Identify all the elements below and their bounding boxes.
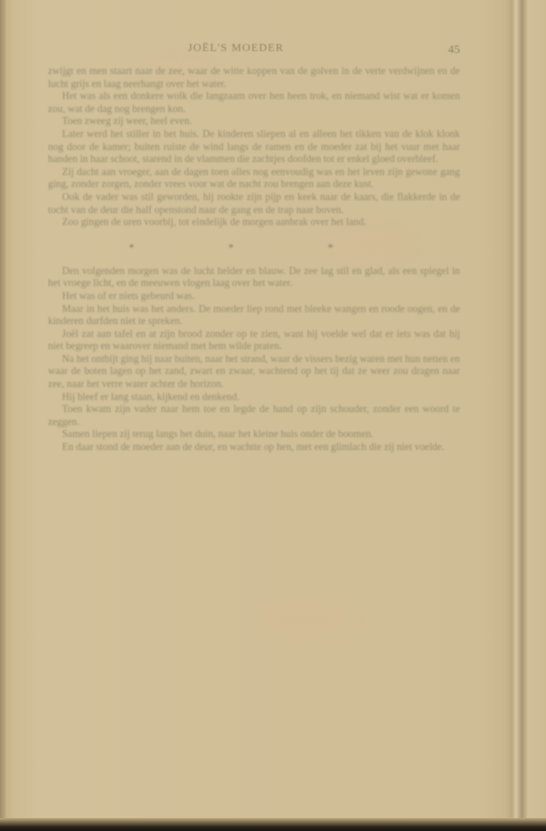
paper-stain <box>260 600 350 640</box>
paragraph: Samen liepen zij terug langs het duin, n… <box>48 429 460 442</box>
paragraph: Zoo gingen de uren voorbij, tot eindelij… <box>48 217 460 230</box>
running-head: JOËL'S MOEDER <box>188 42 284 54</box>
paragraph: En daar stond de moeder aan de deur, en … <box>48 442 460 455</box>
paragraph: Toen zweeg zij weer, heel even. <box>48 116 460 129</box>
paragraph: Later werd het stiller in het huis. De k… <box>48 129 460 167</box>
paragraph: Toen kwam zijn vader naar hem toe en leg… <box>48 404 460 429</box>
paragraph: Maar in het huis was het anders. De moed… <box>48 304 460 329</box>
page-header: JOËL'S MOEDER 45 <box>48 42 460 60</box>
paragraph: Het was als een donkere wolk die langzaa… <box>48 91 460 116</box>
page-binding-edge <box>0 0 6 831</box>
scanned-page: JOËL'S MOEDER 45 zwijgt en men staart na… <box>0 0 546 831</box>
body-text: zwijgt en men staart naar de zee, waar d… <box>48 66 460 455</box>
paragraph: Het was of er niets gebeurd was. <box>48 291 460 304</box>
paragraph: Zij dacht aan vroeger, aan de dagen toen… <box>48 167 460 192</box>
paragraph: Ook de vader was stil geworden, hij rook… <box>48 192 460 217</box>
paragraph: Hij bleef er lang staan, kijkend en denk… <box>48 392 460 405</box>
section-separator: * * * <box>48 243 460 255</box>
paragraph: Den volgenden morgen was de lucht helder… <box>48 266 460 291</box>
page-number: 45 <box>448 42 460 57</box>
paragraph: zwijgt en men staart naar de zee, waar d… <box>48 66 460 91</box>
paragraph: Joël zat aan tafel en at zijn brood zond… <box>48 329 460 354</box>
paragraph: Na het ontbijt ging hij naar buiten, naa… <box>48 354 460 392</box>
scan-bottom-border <box>0 818 546 831</box>
